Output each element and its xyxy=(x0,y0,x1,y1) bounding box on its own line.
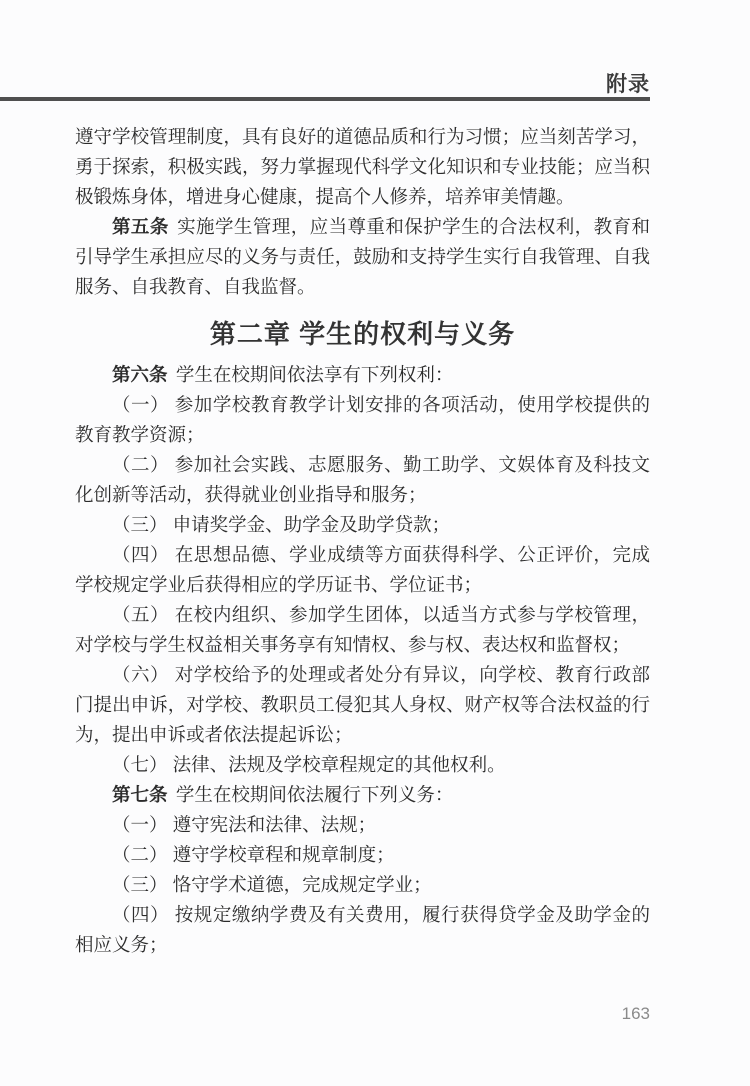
article-6-text: 学生在校期间依法享有下列权利： xyxy=(176,364,454,385)
paragraph-article-6: 第六条学生在校期间依法享有下列权利： xyxy=(75,360,650,390)
paragraph-continuation: 遵守学校管理制度，具有良好的道德品质和行为习惯；应当刻苦学习，勇于探索，积极实践… xyxy=(75,122,650,212)
right-item-7: （七） 法律、法规及学校章程规定的其他权利。 xyxy=(75,750,650,780)
duty-item-2: （二） 遵守学校章程和规章制度； xyxy=(75,840,650,870)
article-7-number: 第七条 xyxy=(112,784,168,805)
right-item-5: （五） 在校内组织、参加学生团体，以适当方式参与学校管理，对学校与学生权益相关事… xyxy=(75,600,650,660)
paragraph-article-5: 第五条实施学生管理，应当尊重和保护学生的合法权利，教育和引导学生承担应尽的义务与… xyxy=(75,212,650,302)
right-item-6: （六） 对学校给予的处理或者处分有异议，向学校、教育行政部门提出申诉，对学校、教… xyxy=(75,660,650,750)
right-item-2: （二） 参加社会实践、志愿服务、勤工助学、文娱体育及科技文化创新等活动，获得就业… xyxy=(75,450,650,510)
article-5-number: 第五条 xyxy=(112,216,169,237)
document-body: 遵守学校管理制度，具有良好的道德品质和行为习惯；应当刻苦学习，勇于探索，积极实践… xyxy=(75,122,650,960)
right-item-4: （四） 在思想品德、学业成绩等方面获得科学、公正评价，完成学校规定学业后获得相应… xyxy=(75,540,650,600)
paragraph-article-7: 第七条学生在校期间依法履行下列义务： xyxy=(75,780,650,810)
duty-item-1: （一） 遵守宪法和法律、法规； xyxy=(75,810,650,840)
article-6-number: 第六条 xyxy=(112,364,168,385)
chapter-title: 第二章 学生的权利与义务 xyxy=(75,316,650,352)
document-page: 附录 遵守学校管理制度，具有良好的道德品质和行为习惯；应当刻苦学习，勇于探索，积… xyxy=(0,0,750,1086)
duty-item-4: （四） 按规定缴纳学费及有关费用，履行获得贷学金及助学金的相应义务； xyxy=(75,900,650,960)
right-item-1: （一） 参加学校教育教学计划安排的各项活动，使用学校提供的教育教学资源； xyxy=(75,390,650,450)
page-header-label: 附录 xyxy=(606,68,650,98)
right-item-3: （三） 申请奖学金、助学金及助学贷款； xyxy=(75,510,650,540)
header-rule xyxy=(0,97,650,101)
duty-item-3: （三） 恪守学术道德，完成规定学业； xyxy=(75,870,650,900)
page-number: 163 xyxy=(622,1004,650,1024)
article-7-text: 学生在校期间依法履行下列义务： xyxy=(176,784,454,805)
